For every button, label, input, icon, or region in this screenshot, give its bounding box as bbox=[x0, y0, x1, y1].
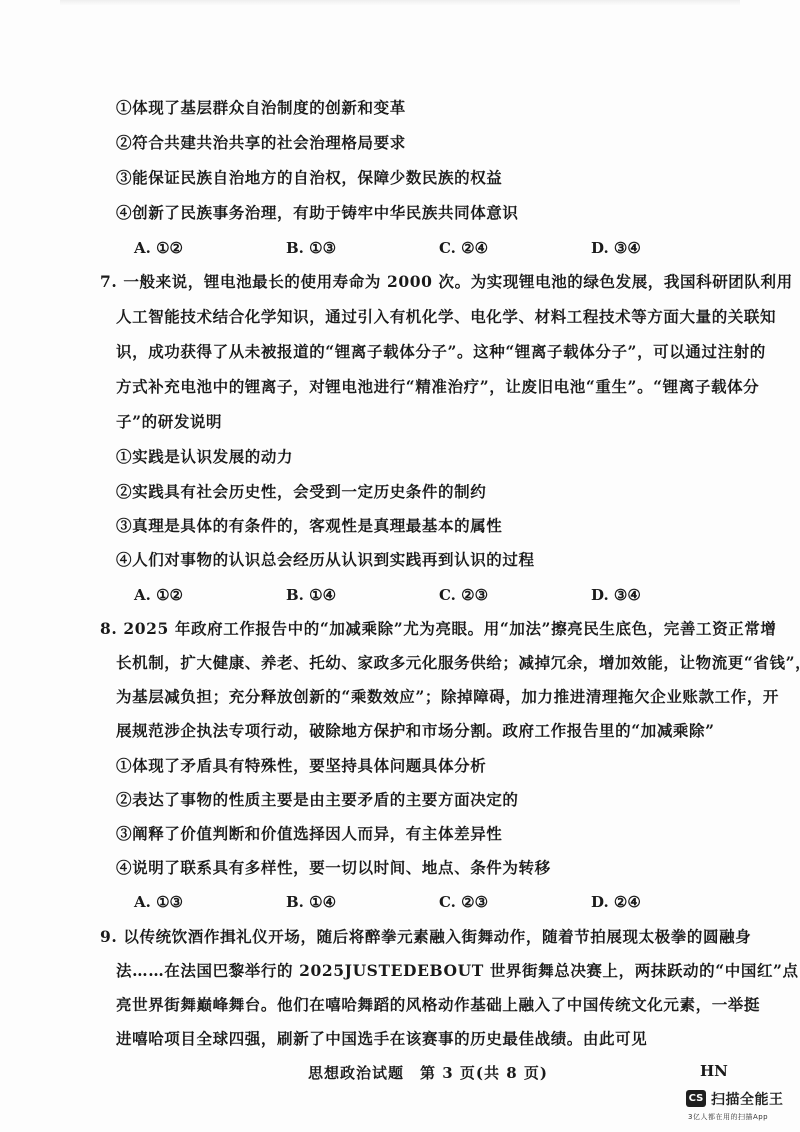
q8-statement-1: ①体现了矛盾具有特殊性，要坚持具体问题具体分析 bbox=[116, 756, 486, 776]
q9-stem-line-3: 亮世界街舞巅峰舞台。他们在嘻哈舞蹈的风格动作基础上融入了中国传统文化元素，一举挺 bbox=[116, 995, 760, 1015]
q7-choice-d: D. ③④ bbox=[591, 585, 641, 605]
q8-statement-3: ③阐释了价值判断和价值选择因人而异，有主体差异性 bbox=[116, 824, 502, 844]
q6-statement-3: ③能保证民族自治地方的自治权，保障少数民族的权益 bbox=[116, 168, 502, 188]
q7-choice-b: B. ①④ bbox=[286, 585, 336, 605]
q7-statement-2: ②实践具有社会历史性，会受到一定历史条件的制约 bbox=[116, 482, 486, 502]
q8-choice-d: D. ②④ bbox=[591, 892, 641, 912]
q8-statement-2: ②表达了事物的性质主要是由主要矛盾的主要方面决定的 bbox=[116, 790, 519, 810]
q8-stem-line-1: 8. 2025 年政府工作报告中的“加减乘除”尤为亮眼。用“加法”擦亮民生底色，… bbox=[100, 619, 776, 639]
q6-statement-4: ④创新了民族事务治理，有助于铸牢中华民族共同体意识 bbox=[116, 203, 519, 223]
q7-choice-a: A. ①② bbox=[134, 585, 183, 605]
q8-stem-line-2: 长机制，扩大健康、养老、托幼、家政多元化服务供给；减掉冗余，增加效能，让物流更“… bbox=[116, 653, 800, 673]
q7-stem-line-4: 方式补充电池中的锂离子，对锂电池进行“精准治疗”，让废旧电池“重生”。“锂离子载… bbox=[116, 377, 759, 397]
q9-stem-line-1: 9. 以传统饮酒作揖礼仪开场，随后将醉拳元素融入街舞动作，随着节拍展现太极拳的圆… bbox=[100, 927, 751, 947]
q6-choice-b: B. ①③ bbox=[286, 238, 336, 258]
page-footer-label: 思想政治试题 第 3 页(共 8 页) bbox=[308, 1062, 548, 1083]
page-footer-code: HN bbox=[700, 1062, 728, 1080]
q9-stem-line-2: 法……在法国巴黎举行的 2025JUSTEDEBOUT 世界街舞总决赛上，两抹跃… bbox=[116, 961, 799, 981]
camscanner-watermark: CS 扫描全能王 3亿人都在用的扫描App bbox=[686, 1090, 796, 1130]
scan-bleed-top bbox=[60, 0, 740, 6]
q6-statement-1: ①体现了基层群众自治制度的创新和变革 bbox=[116, 98, 406, 118]
q7-statement-1: ①实践是认识发展的动力 bbox=[116, 447, 293, 467]
q6-choice-a: A. ①② bbox=[134, 238, 183, 258]
q8-statement-4: ④说明了联系具有多样性，要一切以时间、地点、条件为转移 bbox=[116, 858, 551, 878]
q7-stem-line-3: 识，成功获得了从未被报道的“锂离子载体分子”。这种“锂离子载体分子”，可以通过注… bbox=[116, 342, 766, 362]
q6-choice-d: D. ③④ bbox=[591, 238, 641, 258]
exam-page: ①体现了基层群众自治制度的创新和变革 ②符合共建共治共享的社会治理格局要求 ③能… bbox=[0, 0, 800, 1132]
q6-statement-2: ②符合共建共治共享的社会治理格局要求 bbox=[116, 133, 406, 153]
camscanner-app-name: 扫描全能王 bbox=[711, 1089, 784, 1109]
q7-choices: A. ①② B. ①④ C. ②③ D. ③④ bbox=[134, 585, 734, 605]
q7-statement-4: ④人们对事物的认识总会经历从认识到实践再到认识的过程 bbox=[116, 550, 535, 570]
q7-stem-line-1: 7. 一般来说，锂电池最长的使用寿命为 2000 次。为实现锂电池的绿色发展，我… bbox=[100, 272, 793, 292]
camscanner-logo-icon: CS bbox=[686, 1090, 706, 1107]
q8-choice-a: A. ①③ bbox=[134, 892, 183, 912]
q7-stem-line-2: 人工智能技术结合化学知识，通过引入有机化学、电化学、材料工程技术等方面大量的关联… bbox=[116, 307, 776, 327]
q8-choices: A. ①③ B. ①④ C. ②③ D. ②④ bbox=[134, 892, 734, 912]
q7-statement-3: ③真理是具体的有条件的，客观性是真理最基本的属性 bbox=[116, 516, 502, 536]
camscanner-tagline: 3亿人都在用的扫描App bbox=[688, 1112, 768, 1122]
q8-stem-line-3: 为基层减负担；充分释放创新的“乘数效应”；除掉障碍，加力推进清理拖欠企业账款工作… bbox=[116, 687, 779, 707]
q8-choice-b: B. ①④ bbox=[286, 892, 336, 912]
q8-choice-c: C. ②③ bbox=[439, 892, 488, 912]
q8-stem-line-4: 展规范涉企执法专项行动，破除地方保护和市场分割。政府工作报告里的“加减乘除” bbox=[116, 721, 715, 741]
q7-stem-line-5: 子”的研发说明 bbox=[116, 412, 222, 432]
q6-choice-c: C. ②④ bbox=[439, 238, 488, 258]
q7-choice-c: C. ②③ bbox=[439, 585, 488, 605]
q6-choices: A. ①② B. ①③ C. ②④ D. ③④ bbox=[134, 238, 734, 258]
q9-stem-line-4: 进嘻哈项目全球四强，刷新了中国选手在该赛事的历史最佳战绩。由此可见 bbox=[116, 1029, 647, 1049]
